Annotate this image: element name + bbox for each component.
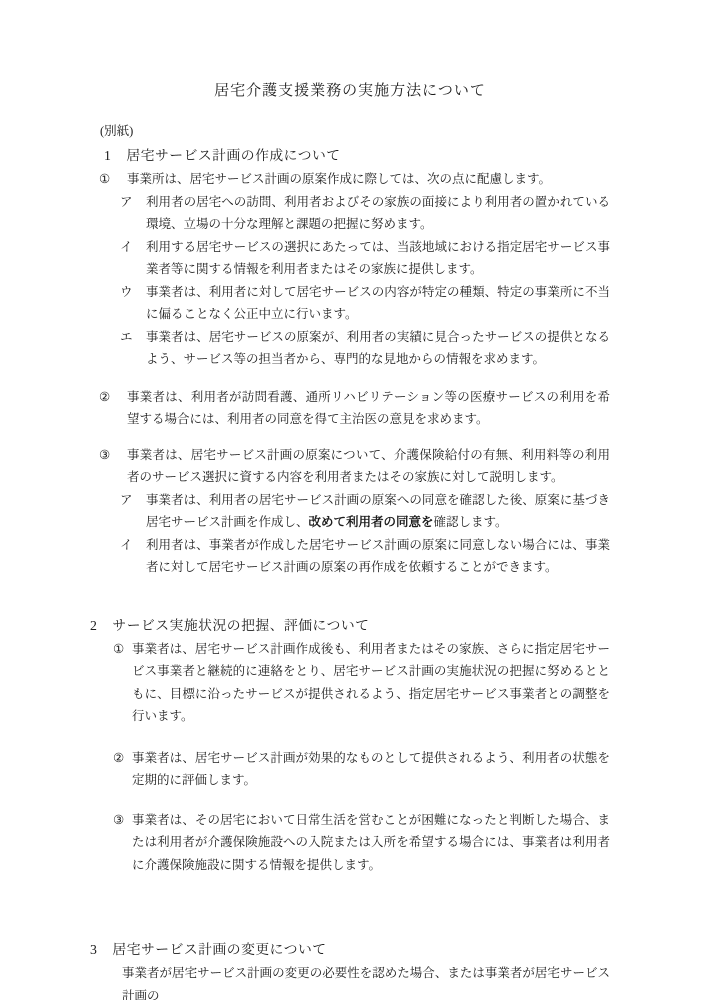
section-2-heading: 2 サービス実施状況の把握、評価について: [90, 614, 610, 638]
section-2-item-2: ② 事業者は、居宅サービス計画が効果的なものとして提供されるよう、利用者の状態を…: [90, 747, 610, 792]
section-2-item-3: ③ 事業者は、その居宅において日常生活を営むことが困難になったと判断した場合、ま…: [90, 809, 610, 877]
item-marker: ③: [99, 444, 110, 467]
section-1-item-1: ① 事業所は、居宅サービス計画の原案作成に際しては、次の点に配慮します。: [90, 168, 610, 191]
document-page: 居宅介護支援業務の実施方法について (別紙) 1 居宅サービス計画の作成について…: [0, 0, 707, 1000]
section-1-item-1-sub-e: エ 事業者は、居宅サービスの原案が、利用者の実績に見合ったサービスの提供となるよ…: [90, 326, 610, 371]
section-heading-text: 居宅サービス計画の作成について: [126, 144, 340, 168]
section-1-item-1-sub-i: イ 利用する居宅サービスの選択にあたっては、当該地域における指定居宅サービス事業…: [90, 236, 610, 281]
item-marker: ①: [99, 168, 110, 191]
section-2-item-1: ① 事業者は、居宅サービス計画作成後も、利用者またはその家族、さらに指定居宅サー…: [90, 638, 610, 728]
subitem-marker: ア: [120, 191, 133, 214]
section-1-item-3-sub-i: イ 利用者は、事業者が作成した居宅サービス計画の原案に同意しない場合には、事業者…: [90, 534, 610, 579]
section-1-item-3-sub-a: ア 事業者は、利用者の居宅サービス計画の原案への同意を確認した後、原案に基づき居…: [90, 489, 610, 534]
subitem-marker: イ: [120, 534, 133, 557]
subitem-text: 事業者は、居宅サービスの原案が、利用者の実績に見合ったサービスの提供となるよう、…: [146, 330, 610, 367]
item-marker: ②: [113, 747, 124, 770]
subitem-text-after: 確認します。: [434, 515, 508, 529]
section-number: 2: [90, 614, 97, 638]
item-marker: ②: [99, 386, 110, 409]
section-1-item-1-sub-u: ウ 事業者は、利用者に対して居宅サービスの内容が特定の種類、特定の事業所に不当に…: [90, 281, 610, 326]
section-number: 3: [90, 938, 97, 962]
item-text: 事業所は、居宅サービス計画の原案作成に際しては、次の点に配慮します。: [127, 172, 551, 186]
section-2: 2 サービス実施状況の把握、評価について ① 事業者は、居宅サービス計画作成後も…: [90, 614, 610, 877]
item-text: 事業者は、その居宅において日常生活を営むことが困難になったと判断した場合、または…: [132, 813, 610, 872]
item-text: 事業者は、利用者が訪問看護、通所リハビリテーション等の医療サービスの利用を希望す…: [127, 390, 610, 427]
subitem-text: 事業者は、利用者に対して居宅サービスの内容が特定の種類、特定の事業所に不当に偏る…: [146, 285, 610, 322]
subitem-marker: ウ: [120, 281, 133, 304]
section-heading-text: 居宅サービス計画の変更について: [112, 938, 326, 962]
document-title: 居宅介護支援業務の実施方法について: [90, 80, 610, 102]
item-marker: ③: [113, 809, 124, 832]
subitem-text: 利用者の居宅への訪問、利用者およびその家族の面接により利用者の置かれている環境、…: [146, 195, 610, 232]
item-text: 事業者は、居宅サービス計画が効果的なものとして提供されるよう、利用者の状態を定期…: [132, 751, 610, 788]
section-3-lead-text: 事業者が居宅サービス計画の変更の必要性を認めた場合、または事業者が居宅サービス計…: [122, 962, 610, 1000]
subitem-marker: ア: [120, 489, 133, 512]
subitem-marker: エ: [120, 326, 133, 349]
section-1-item-2: ② 事業者は、利用者が訪問看護、通所リハビリテーション等の医療サービスの利用を希…: [90, 386, 610, 431]
section-1-item-1-sub-a: ア 利用者の居宅への訪問、利用者およびその家族の面接により利用者の置かれている環…: [90, 191, 610, 236]
subitem-text: 利用する居宅サービスの選択にあたっては、当該地域における指定居宅サービス事業者等…: [146, 240, 610, 277]
subitem-text: 利用者は、事業者が作成した居宅サービス計画の原案に同意しない場合には、事業者に対…: [146, 538, 610, 575]
item-marker: ①: [113, 638, 124, 661]
subitem-text-bold: 改めて利用者の同意を: [309, 515, 434, 529]
section-1-heading: 1 居宅サービス計画の作成について: [104, 144, 610, 168]
section-number: 1: [104, 144, 111, 168]
section-1-item-3: ③ 事業者は、居宅サービス計画の原案について、介護保険給付の有無、利用料等の利用…: [90, 444, 610, 489]
subitem-marker: イ: [120, 236, 133, 259]
item-text: 事業者は、居宅サービス計画作成後も、利用者またはその家族、さらに指定居宅サービス…: [132, 642, 610, 724]
attachment-note: (別紙): [100, 120, 610, 142]
section-heading-text: サービス実施状況の把握、評価について: [112, 614, 369, 638]
section-3-heading: 3 居宅サービス計画の変更について: [90, 938, 610, 962]
item-text: 事業者は、居宅サービス計画の原案について、介護保険給付の有無、利用料等の利用者の…: [127, 448, 610, 485]
